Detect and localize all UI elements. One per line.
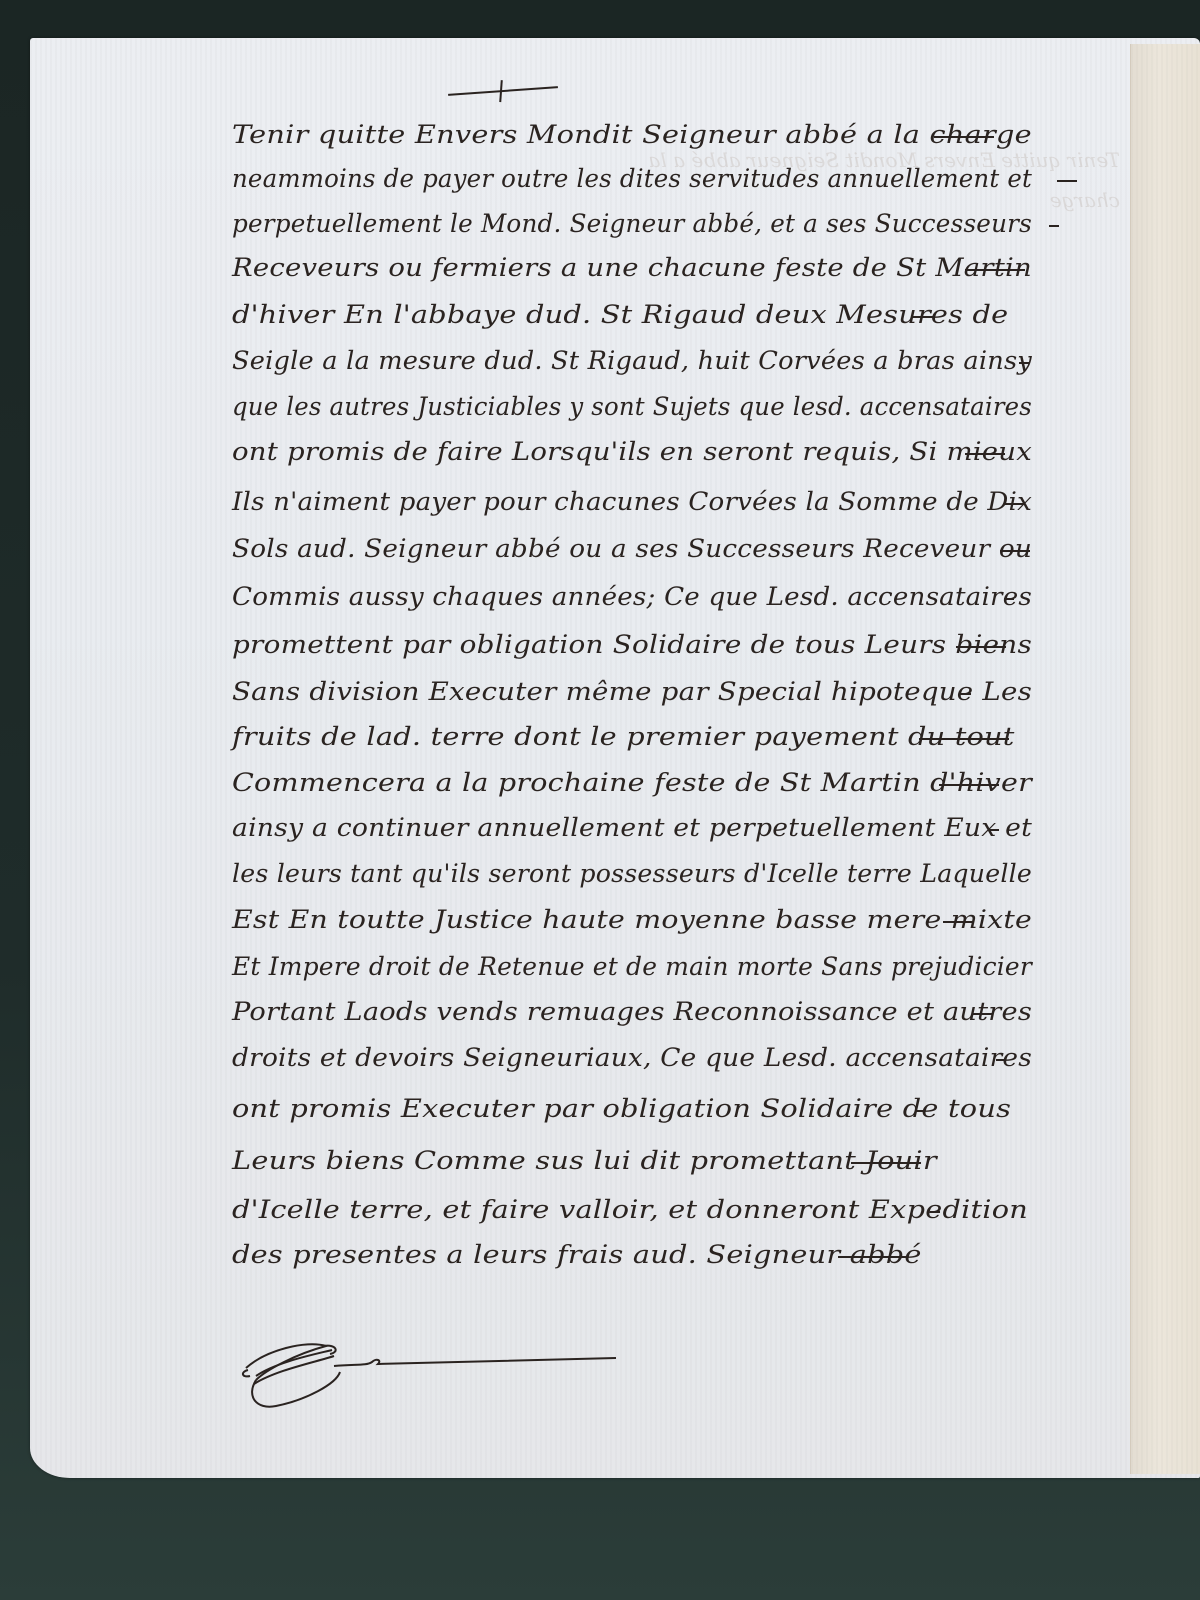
- line-text: d'hiver En l'abbaye dud. St Rigaud deux …: [232, 300, 1008, 329]
- manuscript-line: neammoins de payer outre les dites servi…: [232, 164, 1092, 204]
- manuscript-line: Seigle a la mesure dud. St Rigaud, huit …: [232, 346, 1092, 386]
- line-text: Sans division Executer même par Special …: [232, 677, 1032, 706]
- manuscript-line: Et Impere droit de Retenue et de main mo…: [232, 952, 1092, 992]
- manuscript-line: Commencera a la prochaine feste de St Ma…: [232, 768, 1092, 808]
- manuscript-line: Est En toutte Justice haute moyenne bass…: [232, 905, 1092, 945]
- line-text: Sols aud. Seigneur abbé ou a ses Success…: [232, 534, 1032, 563]
- manuscript-line: Tenir quitte Envers Mondit Seigneur abbé…: [232, 120, 1092, 160]
- line-text: Est En toutte Justice haute moyenne bass…: [232, 905, 1032, 934]
- line-text: que les autres Justiciables y sont Sujet…: [232, 392, 1032, 421]
- line-filler-dash: [1057, 180, 1077, 182]
- manuscript-line: des presentes a leurs frais aud. Seigneu…: [232, 1240, 1092, 1280]
- line-text: Receveurs ou fermiers a une chacune fest…: [232, 253, 1032, 282]
- manuscript-line: droits et devoirs Seigneuriaux, Ce que L…: [232, 1043, 1092, 1083]
- line-text: promettent par obligation Solidaire de t…: [232, 630, 1032, 659]
- line-text: fruits de lad. terre dont le premier pay…: [232, 722, 1015, 751]
- line-filler-dash: [1049, 225, 1059, 227]
- line-text: Ils n'aiment payer pour chacunes Corvées…: [232, 487, 1032, 516]
- manuscript-line: Portant Laods vends remuages Reconnoissa…: [232, 997, 1092, 1037]
- manuscript-line: Sans division Executer même par Special …: [232, 677, 1092, 717]
- manuscript-line: que les autres Justiciables y sont Sujet…: [232, 392, 1092, 432]
- line-text: Seigle a la mesure dud. St Rigaud, huit …: [232, 346, 1032, 375]
- manuscript-line: Ils n'aiment payer pour chacunes Corvées…: [232, 487, 1092, 527]
- line-text: perpetuellement le Mond. Seigneur abbé, …: [232, 209, 1032, 238]
- line-text: neammoins de payer outre les dites servi…: [232, 164, 1032, 193]
- line-text: ont promis Executer par obligation Solid…: [232, 1094, 1011, 1123]
- signature-paraphe-icon: [236, 1340, 616, 1420]
- line-text: Leurs biens Comme sus lui dit promettant…: [232, 1146, 937, 1175]
- manuscript-line: Sols aud. Seigneur abbé ou a ses Success…: [232, 534, 1092, 574]
- manuscript-line: ainsy a continuer annuellement et perpet…: [232, 813, 1092, 853]
- line-text: ainsy a continuer annuellement et perpet…: [232, 813, 1032, 842]
- manuscript-line: ont promis de faire Lorsqu'ils en seront…: [232, 437, 1092, 477]
- line-text: ont promis de faire Lorsqu'ils en seront…: [232, 437, 1032, 466]
- line-text: des presentes a leurs frais aud. Seigneu…: [232, 1240, 922, 1269]
- manuscript-line: ont promis Executer par obligation Solid…: [232, 1094, 1092, 1134]
- manuscript-line: Commis aussy chaques années; Ce que Lesd…: [232, 582, 1092, 622]
- line-text: Tenir quitte Envers Mondit Seigneur abbé…: [232, 120, 1032, 149]
- line-text: Commencera a la prochaine feste de St Ma…: [232, 768, 1032, 797]
- manuscript-line: Leurs biens Comme sus lui dit promettant…: [232, 1146, 1092, 1186]
- line-text: Commis aussy chaques années; Ce que Lesd…: [232, 582, 1032, 611]
- line-text: Portant Laods vends remuages Reconnoissa…: [232, 997, 1032, 1026]
- manuscript-line: Receveurs ou fermiers a une chacune fest…: [232, 253, 1092, 293]
- line-text: Et Impere droit de Retenue et de main mo…: [232, 952, 1032, 981]
- line-text: les leurs tant qu'ils seront possesseurs…: [232, 859, 1032, 888]
- line-text: droits et devoirs Seigneuriaux, Ce que L…: [232, 1043, 1032, 1072]
- manuscript-line: promettent par obligation Solidaire de t…: [232, 630, 1092, 670]
- manuscript-line: d'hiver En l'abbaye dud. St Rigaud deux …: [232, 300, 1092, 340]
- line-text: d'Icelle terre, et faire valloir, et don…: [232, 1195, 1028, 1224]
- manuscript-line: perpetuellement le Mond. Seigneur abbé, …: [232, 209, 1092, 249]
- manuscript-line: les leurs tant qu'ils seront possesseurs…: [232, 859, 1092, 899]
- manuscript-line: fruits de lad. terre dont le premier pay…: [232, 722, 1092, 762]
- manuscript-line: d'Icelle terre, et faire valloir, et don…: [232, 1195, 1092, 1235]
